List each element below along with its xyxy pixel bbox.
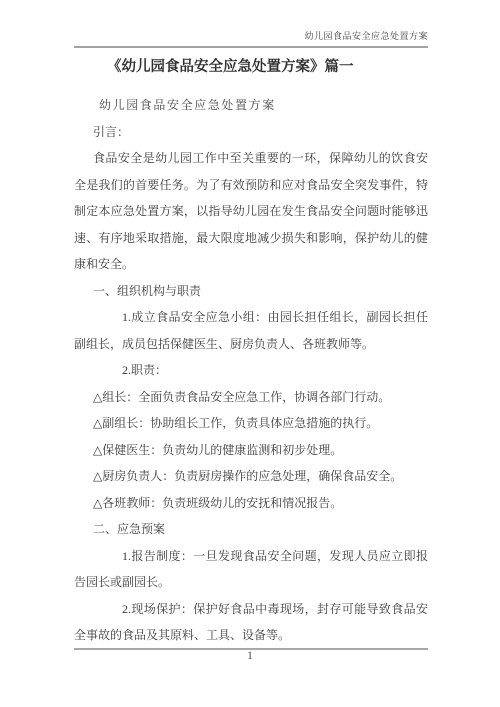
bullet-item: △副组长：协助组长工作，负责具体应急措施的执行。 [74, 410, 428, 437]
numbered-item: 1.报告制度：一旦发现食品安全问题，发现人员应立即报告园长或副园长。 [74, 543, 428, 596]
section-heading-2: 二、应急预案 [74, 516, 428, 543]
section-heading-1: 一、组织机构与职责 [74, 278, 428, 305]
numbered-item: 2.现场保护：保护好食品中毒现场，封存可能导致食品安全事故的食品及其原料、工具、… [74, 596, 428, 649]
bullet-item: △保健医生：负责幼儿的健康监测和初步处理。 [74, 437, 428, 464]
document-content: 《幼儿园食品安全应急处置方案》篇一 幼儿园食品安全应急处置方案 引言： 食品安全… [74, 0, 428, 649]
bullet-item: △厨房负责人：负责厨房操作的应急处理，确保食品安全。 [74, 463, 428, 490]
numbered-item: 2.职责： [74, 357, 428, 384]
document-title: 《幼儿园食品安全应急处置方案》篇一 [107, 56, 428, 78]
document-page: 幼儿园食品安全应急处置方案 《幼儿园食品安全应急处置方案》篇一 幼儿园食品安全应… [0, 0, 500, 707]
document-subtitle: 幼儿园食品安全应急处置方案 [74, 92, 428, 119]
intro-label: 引言： [74, 119, 428, 146]
bullet-item: △各班教师：负责班级幼儿的安抚和情况报告。 [74, 490, 428, 517]
intro-paragraph: 食品安全是幼儿园工作中至关重要的一环，保障幼儿的饮食安全是我们的首要任务。为了有… [74, 145, 428, 278]
numbered-item: 1.成立食品安全应急小组：由园长担任组长，副园长担任副组长，成员包括保健医生、厨… [74, 304, 428, 357]
page-number: 1 [0, 650, 500, 662]
bullet-item: △组长：全面负责食品安全应急工作，协调各部门行动。 [74, 384, 428, 411]
